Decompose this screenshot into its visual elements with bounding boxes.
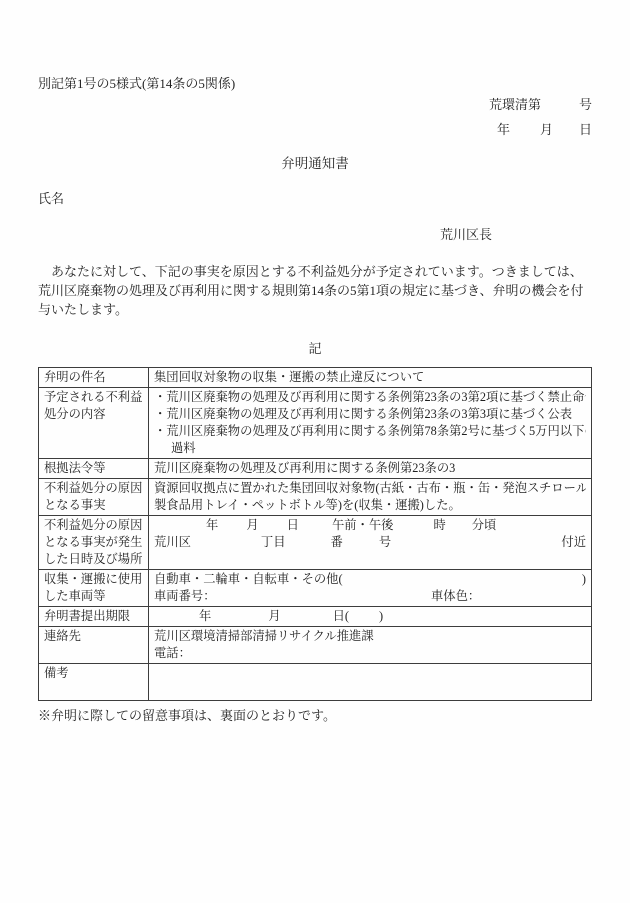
occurrence-datetime-blank-line: 年月日午前・午後時分頃 — [154, 517, 586, 534]
facts-label: 不利益処分の原因となる事実 — [39, 479, 149, 516]
table-row-subject: 弁明の件名 集団回収対象物の収集・運搬の禁止違反について — [39, 368, 592, 388]
vehicle-number-line: 車両番号：車体色： — [154, 588, 586, 605]
deadline-close-paren: ) — [379, 609, 383, 623]
table-row-vehicle: 収集・運搬に使用した車両等 自動車・二輪車・自転車・その他() 車両番号：車体色… — [39, 570, 592, 607]
body-paragraph: あなたに対して、下記の事実を原因とする不利益処分が予定されています。つきましては… — [38, 262, 592, 319]
vehicle-types-options: 自動車・二輪車・自転車・その他( — [154, 571, 343, 588]
disposition-item: ・荒川区廃棄物の処理及び再利用に関する条例第23条の3第2項に基づく禁止命令 — [154, 389, 586, 406]
document-page: 別記第1号の5様式(第14条の5関係) 荒環清第号 年月日 弁明通知書 氏名 荒… — [0, 0, 630, 903]
occurrence-month-label: 月 — [246, 518, 258, 532]
facts-line-2: 製食品用トレイ・ペットボトル等)を(収集・運搬)した。 — [154, 497, 586, 514]
table-row-legal-basis: 根拠法令等 荒川区廃棄物の処理及び再利用に関する条例第23条の3 — [39, 459, 592, 479]
occurrence-year-label: 年 — [206, 518, 218, 532]
occurrence-place-blank-line: 荒川区丁目番号付近 — [154, 534, 586, 551]
occurrence-ward-label: 荒川区 — [154, 534, 191, 551]
document-title: 弁明通知書 — [38, 154, 592, 173]
occurrence-vicinity-label: 付近 — [561, 534, 586, 551]
remarks-value — [149, 664, 592, 701]
occurrence-label: 不利益処分の原因となる事実が発生した日時及び場所 — [39, 516, 149, 570]
vehicle-label: 収集・運搬に使用した車両等 — [39, 570, 149, 607]
issuer-name: 荒川区長 — [38, 225, 592, 244]
document-number-line: 荒環清第号 — [38, 95, 592, 114]
date-month-label: 月 — [540, 122, 553, 137]
facts-line-1: 資源回収拠点に置かれた集団回収対象物(古紙・古布・瓶・缶・発泡スチロール — [154, 480, 586, 497]
notice-details-table: 弁明の件名 集団回収対象物の収集・運搬の禁止違反について 予定される不利益処分の… — [38, 367, 592, 701]
contact-label: 連絡先 — [39, 627, 149, 664]
table-row-occurrence: 不利益処分の原因となる事実が発生した日時及び場所 年月日午前・午後時分頃 荒川区… — [39, 516, 592, 570]
contact-phone-label: 電話： — [154, 645, 586, 662]
disposition-label: 予定される不利益処分の内容 — [39, 388, 149, 459]
subject-value: 集団回収対象物の収集・運搬の禁止違反について — [149, 368, 592, 388]
remarks-label: 備考 — [39, 664, 149, 701]
legal-basis-label: 根拠法令等 — [39, 459, 149, 479]
vehicle-types-line: 自動車・二輪車・自転車・その他() — [154, 571, 586, 588]
occurrence-go-label: 号 — [379, 534, 391, 551]
table-row-deadline: 弁明書提出期限 年月日() — [39, 607, 592, 627]
vehicle-number-label: 車両番号： — [154, 588, 431, 605]
body-paragraph-line-1: あなたに対して、下記の事実を原因とする不利益処分が予定されています。つきましては… — [38, 262, 592, 281]
deadline-year-label: 年 — [199, 609, 211, 623]
deadline-label: 弁明書提出期限 — [39, 607, 149, 627]
contact-organization: 荒川区環境清掃部清掃リサイクル推進課 — [154, 628, 586, 645]
legal-basis-value: 荒川区廃棄物の処理及び再利用に関する条例第23条の3 — [149, 459, 592, 479]
disposition-item: ・荒川区廃棄物の処理及び再利用に関する条例第23条の3第3項に基づく公表 — [154, 406, 586, 423]
date-day-label: 日 — [579, 122, 592, 137]
occurrence-ban-label: 番 — [331, 534, 343, 551]
table-row-disposition: 予定される不利益処分の内容 ・荒川区廃棄物の処理及び再利用に関する条例第23条の… — [39, 388, 592, 459]
footnote: ※弁明に際しての留意事項は、裏面のとおりです。 — [38, 706, 592, 725]
deadline-value: 年月日() — [149, 607, 592, 627]
date-year-label: 年 — [497, 122, 510, 137]
table-row-contact: 連絡先 荒川区環境清掃部清掃リサイクル推進課 電話： — [39, 627, 592, 664]
vehicle-value: 自動車・二輪車・自転車・その他() 車両番号：車体色： — [149, 570, 592, 607]
disposition-item: ・荒川区廃棄物の処理及び再利用に関する条例第78条第2号に基づく5万円以下の — [154, 423, 586, 440]
body-paragraph-line-3: 与いたします。 — [38, 300, 592, 319]
table-row-remarks: 備考 — [39, 664, 592, 701]
table-row-facts: 不利益処分の原因となる事実 資源回収拠点に置かれた集団回収対象物(古紙・古布・瓶… — [39, 479, 592, 516]
addressee-name-label: 氏名 — [38, 189, 592, 208]
issue-date-line: 年月日 — [38, 120, 592, 139]
occurrence-minute-label: 分頃 — [472, 518, 497, 532]
occurrence-day-label: 日 — [287, 518, 299, 532]
disposition-value: ・荒川区廃棄物の処理及び再利用に関する条例第23条の3第2項に基づく禁止命令 ・… — [149, 388, 592, 459]
deadline-day-label: 日( — [333, 609, 349, 623]
facts-value: 資源回収拠点に置かれた集団回収対象物(古紙・古布・瓶・缶・発泡スチロール 製食品… — [149, 479, 592, 516]
vehicle-types-close-paren: ) — [582, 571, 586, 588]
document-number-suffix: 号 — [579, 97, 592, 112]
body-paragraph-line-2: 荒川区廃棄物の処理及び再利用に関する規則第14条の5第1項の規定に基づき、弁明の… — [38, 281, 592, 300]
occurrence-ampm-label: 午前・午後 — [332, 518, 394, 532]
occurrence-chome-label: 丁目 — [261, 534, 286, 551]
vehicle-color-label: 車体色： — [431, 589, 480, 603]
occurrence-value: 年月日午前・午後時分頃 荒川区丁目番号付近 — [149, 516, 592, 570]
contact-value: 荒川区環境清掃部清掃リサイクル推進課 電話： — [149, 627, 592, 664]
occurrence-hour-label: 時 — [433, 518, 445, 532]
deadline-month-label: 月 — [268, 609, 280, 623]
subject-label: 弁明の件名 — [39, 368, 149, 388]
document-number-prefix: 荒環清第 — [489, 97, 541, 112]
disposition-item-continuation: 過料 — [154, 440, 586, 457]
record-mark: 記 — [38, 339, 592, 358]
form-reference: 別記第1号の5様式(第14条の5関係) — [38, 74, 592, 93]
